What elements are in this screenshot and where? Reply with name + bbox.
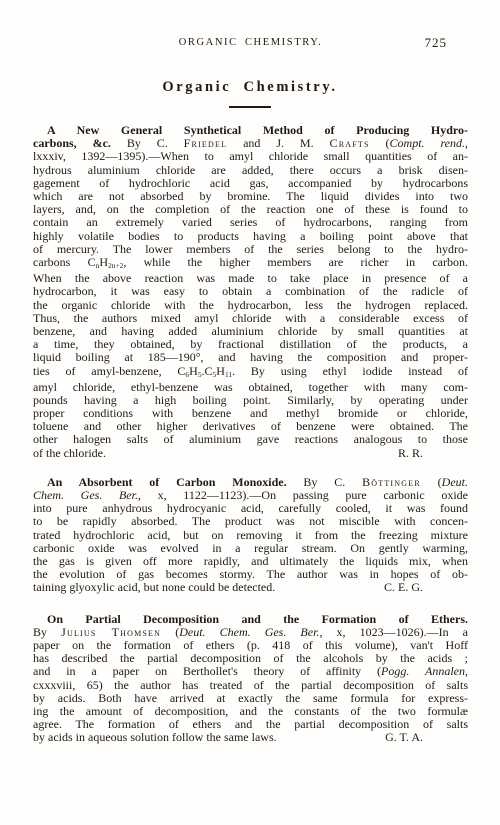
body-text: lxxxiv, 1392—1395).—When to amyl chlorid…	[33, 149, 468, 163]
body-text: , while the higher members are richer in…	[123, 255, 468, 269]
articles: A New General Synthetical Method of Prod…	[33, 124, 468, 745]
body-text: ties of amyl-benzene, C	[33, 364, 185, 378]
body-text: highly volatile bodies to products havin…	[33, 229, 468, 243]
body-text: pounds having a high boiling point. Simi…	[33, 393, 468, 407]
text-line: C. E. G.taining glyoxylic acid, but none…	[33, 581, 468, 594]
author-name: Böttinger	[362, 475, 421, 489]
body-text: other halogen salts of aluminium gave re…	[33, 432, 468, 446]
journal-reference: Chem. Ges. Ber.	[33, 488, 138, 502]
body-text: H	[189, 364, 198, 378]
article-heading: On Partial Decomposition and the Formati…	[47, 612, 468, 626]
body-text: hydrocarbon, it was easy to obtain a com…	[33, 284, 468, 298]
body-text: amyl chloride, ethyl-benzene was obtaine…	[33, 380, 468, 394]
body-text: , x, 1122—1123).—On passing pure carboni…	[138, 488, 468, 502]
reviewer-initials: G. T. A.	[385, 731, 423, 744]
body-text: (	[161, 625, 179, 639]
title-rule	[229, 106, 271, 108]
text-line: R. R.of the chloride.	[33, 447, 468, 460]
journal-reference: Compt. rend.	[390, 136, 465, 150]
journal-reference: Deut. Chem. Ges. Ber.	[179, 625, 319, 639]
body-text: by acids. Both have arrived at exactly t…	[33, 691, 468, 705]
body-text: ing the amount of decomposition, and the…	[33, 704, 468, 718]
body-text: benzene, and having added aluminium chlo…	[33, 324, 468, 338]
body-text: liquid boiling at 185—190°, and having t…	[33, 350, 468, 364]
author-name: Friedel	[184, 136, 228, 150]
body-text: and in a paper on Berthollet's theory of…	[33, 664, 381, 678]
body-text: of mercury. The lower members of the ser…	[33, 242, 468, 256]
body-text: H	[216, 364, 225, 378]
body-text: proper conditions with benzene and methy…	[33, 406, 468, 420]
body-text: , x, 1023—1026).—In a	[319, 625, 468, 639]
article-abstract: An Absorbent of Carbon Monoxide. By C. B…	[33, 476, 468, 595]
text-line: ties of amyl-benzene, C6H5.C5H11. By usi…	[33, 365, 468, 381]
body-text: By	[33, 625, 61, 639]
body-text: (	[370, 136, 390, 150]
reviewer-initials: C. E. G.	[384, 581, 423, 594]
body-text: cxxxviii, 65) the author has treated of …	[33, 678, 468, 692]
body-text: the evolution of gas becomes stormy. The…	[33, 567, 468, 581]
body-text: Thus, the authors mixed amyl chloride wi…	[33, 311, 468, 325]
body-text: has described the partial decomposition …	[33, 651, 468, 665]
chemical-subscript: 2n+2	[108, 261, 123, 270]
body-text: contain an extremely varied series of hy…	[33, 215, 468, 229]
body-text: by acids in aqueous solution follow the …	[33, 730, 277, 744]
author-name: Julius Thomsen	[61, 625, 161, 639]
body-text: When the above reaction was made to take…	[33, 271, 468, 285]
body-text: to be rapidly absorbed. The product was …	[33, 514, 468, 528]
page-number: 725	[425, 35, 448, 51]
body-text: of the chloride.	[33, 446, 106, 460]
author-name: Crafts	[330, 136, 370, 150]
article-heading: An Absorbent of Carbon Monoxide.	[47, 475, 287, 489]
body-text: into pure anhydrous hydrocyanic acid, ca…	[33, 501, 468, 515]
body-text: carbonic oxide was evolved in a regular …	[33, 541, 468, 555]
article-abstract: A New General Synthetical Method of Prod…	[33, 124, 468, 460]
running-head: ORGANIC CHEMISTRY.	[33, 37, 468, 48]
reviewer-initials: R. R.	[398, 447, 423, 460]
journal-reference: Pogg. Annalen	[381, 664, 465, 678]
body-text: hydrous aluminium chloride are added, th…	[33, 163, 468, 177]
body-text: the gas is given off more rapidly, and u…	[33, 554, 468, 568]
body-text: carbons C	[33, 255, 96, 269]
body-text: and J. M.	[227, 136, 329, 150]
journal-page: ORGANIC CHEMISTRY. 725 Organic Chemistry…	[0, 0, 500, 825]
body-text: (	[421, 475, 442, 489]
body-text: the organic chloride with the hydrocarbo…	[33, 298, 468, 312]
body-text: H	[99, 255, 108, 269]
body-text: gagement of hydrochloric acid gas, accom…	[33, 176, 468, 190]
body-text: paper on the formation of ethers (p. 418…	[33, 638, 468, 652]
body-text: ,	[465, 136, 468, 150]
body-text: a time, they obtained, by fractional dis…	[33, 337, 468, 351]
body-text: layers, and, on the completion of the re…	[33, 202, 468, 216]
body-text: toluene and other higher derivatives of …	[33, 419, 468, 433]
body-text: By C.	[287, 475, 362, 489]
text-line: carbons CnH2n+2, while the higher member…	[33, 256, 468, 272]
body-text: ,	[465, 664, 468, 678]
body-text: taining glyoxylic acid, but none could b…	[33, 580, 275, 594]
article-abstract: On Partial Decomposition and the Formati…	[33, 613, 468, 745]
article-heading: carbons, &c.	[33, 136, 111, 150]
text-line: G. T. A.by acids in aqueous solution fol…	[33, 731, 468, 744]
body-text: which are not absorbed by bromine. The l…	[33, 189, 468, 203]
body-text: .C	[202, 364, 213, 378]
body-text: By C.	[111, 136, 184, 150]
body-text: trated hydrochloric acid, but on removin…	[33, 528, 468, 542]
body-text: . By using ethyl iodide instead of	[232, 364, 468, 378]
body-text: agree. The formation of ethers and the p…	[33, 717, 468, 731]
article-heading: A New General Synthetical Method of Prod…	[47, 123, 468, 137]
journal-reference: Deut.	[442, 475, 468, 489]
section-title: Organic Chemistry.	[0, 79, 500, 96]
